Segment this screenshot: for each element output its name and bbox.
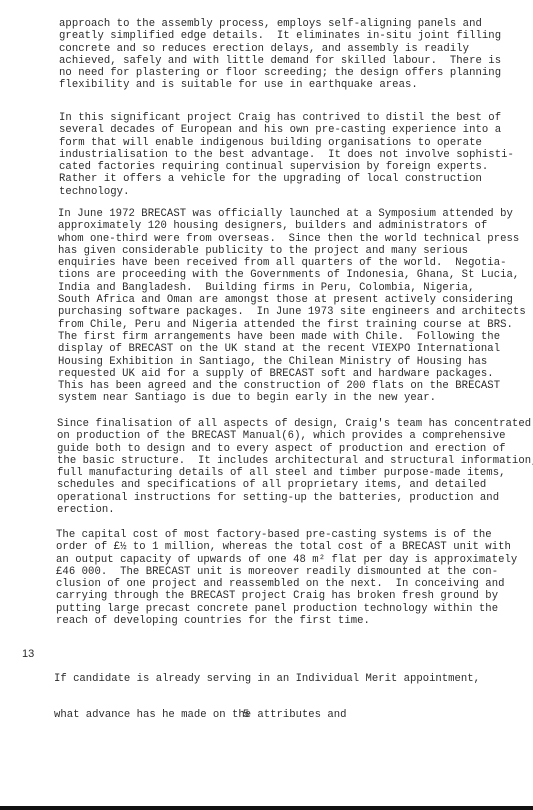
- document-page: approach to the assembly process, employ…: [0, 0, 533, 810]
- text-line: requested UK aid for a supply of BRECAST…: [58, 368, 528, 380]
- text-line: industrialisation to the best advantage.…: [59, 149, 529, 161]
- text-line: from Chile, Peru and Nigeria attended th…: [58, 319, 528, 331]
- text-line: Housing Exhibition in Santiago, the Chil…: [58, 356, 528, 368]
- item-number: 13: [22, 648, 34, 660]
- text-line: Since finalisation of all aspects of des…: [57, 418, 527, 430]
- text-line: flexibility and is suitable for use in e…: [59, 79, 529, 91]
- text-line: approach to the assembly process, employ…: [59, 18, 529, 30]
- text-line: In June 1972 BRECAST was officially laun…: [58, 208, 528, 220]
- text-line: enquiries have been received from all qu…: [58, 257, 528, 269]
- text-line: India and Bangladesh. Building firms in …: [58, 282, 528, 294]
- text-line: guide both to design and to every aspect…: [57, 443, 527, 455]
- scan-bottom-edge: [0, 806, 533, 810]
- paragraph-assembly-process: approach to the assembly process, employ…: [59, 18, 529, 92]
- text-line: concrete and so reduces erection delays,…: [59, 43, 529, 55]
- text-line: purchasing software packages. In June 19…: [58, 306, 528, 318]
- text-line: schedules and specifications of all prop…: [57, 479, 527, 491]
- text-line: system near Santiago is due to begin ear…: [58, 392, 528, 404]
- text-line: greatly simplified edge details. It elim…: [59, 30, 529, 42]
- text-line: has given considerable publicity to the …: [58, 245, 528, 257]
- text-line: display of BRECAST on the UK stand at th…: [58, 343, 528, 355]
- text-line: several decades of European and his own …: [59, 124, 529, 136]
- numbered-item-13: 13 If candidate is already serving in an…: [22, 648, 47, 697]
- text-line: the basic structure. It includes archite…: [57, 455, 527, 467]
- paragraph-launch-1972: In June 1972 BRECAST was officially laun…: [58, 208, 528, 405]
- text-line: technology.: [59, 186, 529, 198]
- text-line: £46 000. The BRECAST unit is moreover re…: [56, 566, 526, 578]
- text-line: tions are proceeding with the Government…: [58, 269, 528, 281]
- item-13-line: what advance has he made on the attribut…: [54, 709, 480, 721]
- page-number: 5: [243, 708, 249, 720]
- text-line: on production of the BRECAST Manual(6), …: [57, 430, 527, 442]
- text-line: carrying through the BRECAST project Cra…: [56, 590, 526, 602]
- text-line: cated factories requiring continual supe…: [59, 161, 529, 173]
- text-line: form that will enable indigenous buildin…: [59, 137, 529, 149]
- text-line: an output capacity of upwards of one 48 …: [56, 554, 526, 566]
- text-line: approximately 120 housing designers, bui…: [58, 220, 528, 232]
- text-line: This has been agreed and the constructio…: [58, 380, 528, 392]
- text-line: whom one-third were from overseas. Since…: [58, 233, 528, 245]
- text-line: operational instructions for setting-up …: [57, 492, 527, 504]
- text-line: The capital cost of most factory-based p…: [56, 529, 526, 541]
- paragraph-capital-cost: The capital cost of most factory-based p…: [56, 529, 526, 627]
- text-line: Rather it offers a vehicle for the upgra…: [59, 173, 529, 185]
- text-line: reach of developing countries for the fi…: [56, 615, 526, 627]
- text-line: The first firm arrangements have been ma…: [58, 331, 528, 343]
- text-line: no need for plastering or floor screedin…: [59, 67, 529, 79]
- text-line: order of £½ to 1 million, whereas the to…: [56, 541, 526, 553]
- paragraph-brecast-manual: Since finalisation of all aspects of des…: [57, 418, 527, 516]
- text-line: South Africa and Oman are amongst those …: [58, 294, 528, 306]
- text-line: clusion of one project and reassembled o…: [56, 578, 526, 590]
- text-line: In this significant project Craig has co…: [59, 112, 529, 124]
- text-line: putting large precast concrete panel pro…: [56, 603, 526, 615]
- text-line: achieved, safely and with little demand …: [59, 55, 529, 67]
- paragraph-significant-project: In this significant project Craig has co…: [59, 112, 529, 198]
- text-line: erection.: [57, 504, 527, 516]
- item-13-text: If candidate is already serving in an In…: [54, 648, 480, 746]
- item-13-line: If candidate is already serving in an In…: [54, 673, 480, 685]
- text-line: full manufacturing details of all steel …: [57, 467, 527, 479]
